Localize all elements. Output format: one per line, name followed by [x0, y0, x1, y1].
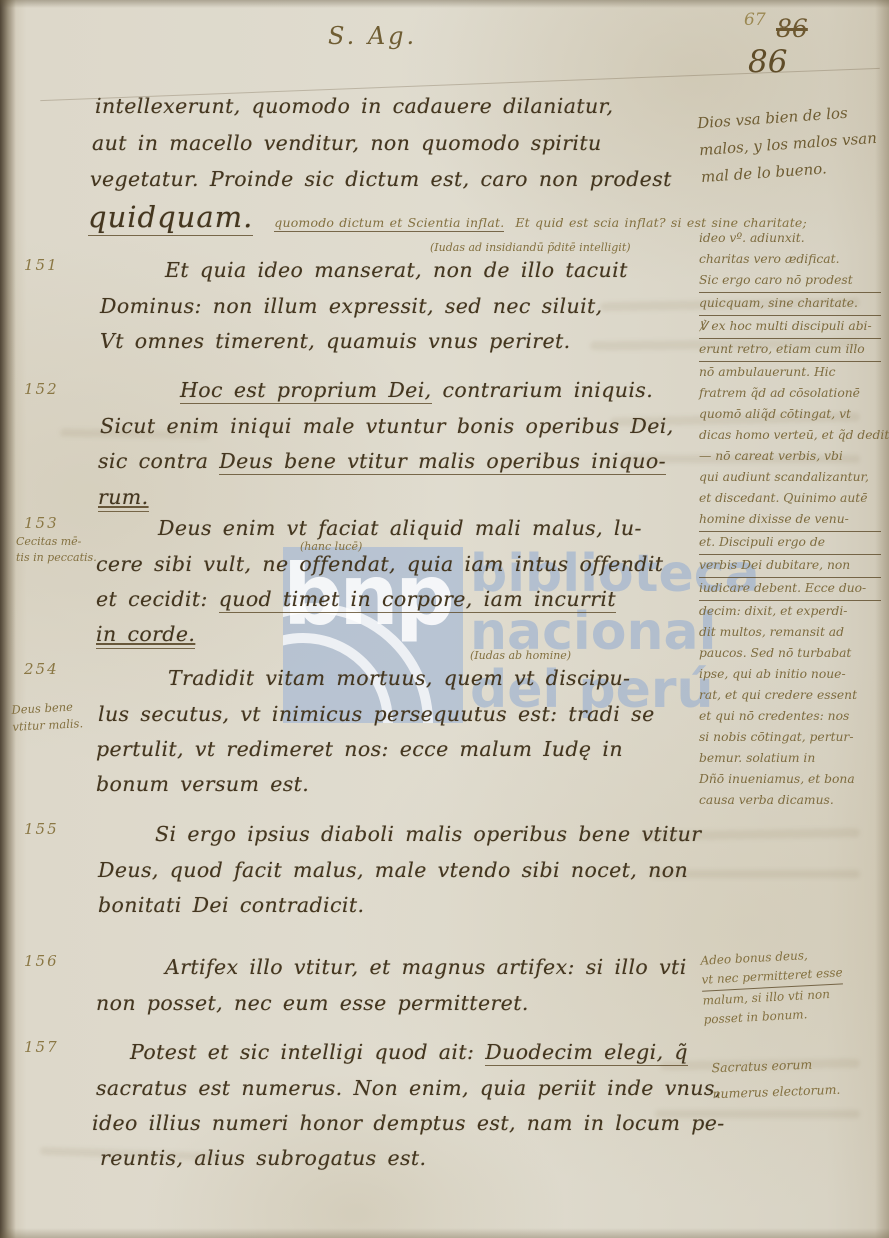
- left-margin-note: Deus bene vtitur malis.: [11, 698, 83, 736]
- text-line: et cecidit: quod timet in corpore, iam i…: [96, 587, 616, 611]
- text-line: in corde.: [96, 622, 195, 646]
- text-line: bonitati Dei contradicit.: [98, 893, 364, 917]
- catchword-flourish: quidquam.: [88, 200, 253, 236]
- text-line: Potest et sic intelligi quod ait: Duodec…: [130, 1040, 688, 1064]
- section-number: 254: [24, 660, 59, 678]
- text-line: sacratus est numerus. Non enim, quia per…: [96, 1076, 722, 1100]
- text-line: pertulit, vt redimeret nos: ecce malum I…: [96, 737, 623, 761]
- text-line: cere sibi vult, ne offendat, quia iam in…: [96, 552, 663, 576]
- section-number: 152: [24, 380, 59, 398]
- text-line: ideo illius numeri honor demptus est, na…: [92, 1111, 725, 1135]
- underlined-phrase: Duodecim elegi, q̃: [485, 1040, 688, 1066]
- text-line: Sicut enim iniqui male vtuntur bonis ope…: [100, 414, 674, 438]
- folio-number-old: 67: [744, 10, 766, 30]
- gloss-underlined: quomodo dictum et Scientia inflat.: [274, 215, 504, 232]
- section-number: 157: [24, 1038, 59, 1056]
- text-line: rum.: [98, 485, 149, 509]
- text-line: lus secutus, vt inimicus persequutus est…: [98, 702, 655, 726]
- text-line: sic contra Deus bene vtitur malis operib…: [98, 449, 666, 473]
- section-number: 155: [24, 820, 59, 838]
- folio-number-current: 86: [748, 44, 787, 80]
- text-line: Tradidit vitam mortuus, quem vt discipu-: [168, 666, 630, 690]
- manuscript-page: bnp biblioteca nacional del perú S. Ag. …: [0, 0, 889, 1238]
- right-margin-column: ideo vº. adiunxit. charitas vero ædifica…: [699, 228, 881, 811]
- right-margin-note: Adeo bonus deus, vt nec permitteret esse…: [700, 944, 845, 1029]
- text-line: vegetatur. Proinde sic dictum est, caro …: [90, 167, 672, 191]
- text-line: Deus, quod facit malus, male vtendo sibi…: [98, 858, 688, 882]
- text-line: Hoc est proprium Dei, contrarium iniquis…: [180, 378, 653, 402]
- right-margin-note: Sacratus eorum numerus electorum.: [711, 1051, 841, 1107]
- text-line: Artifex illo vtitur, et magnus artifex: …: [165, 955, 687, 979]
- underlined-phrase: Hoc est proprium Dei,: [180, 378, 432, 404]
- section-number: 151: [24, 256, 59, 274]
- section-number: 153: [24, 514, 59, 532]
- text-line: Et quia ideo manserat, non de illo tacui…: [165, 258, 628, 282]
- text-line: Deus enim vt faciat aliquid mali malus, …: [158, 516, 642, 540]
- underlined-phrase: rum.: [98, 485, 149, 512]
- underlined-phrase: quod timet in corpore, iam incurrit: [219, 587, 616, 613]
- spanish-margin-note: Dios vsa bien de los malos, y los malos …: [696, 98, 879, 191]
- section-number: 156: [24, 952, 59, 970]
- interlinear-note: (Iudas ab homine): [470, 649, 571, 662]
- text-line: bonum versum est.: [96, 772, 309, 796]
- left-margin-note: Cecitas mē- tis in peccatis.: [16, 534, 97, 566]
- underlined-phrase: Deus bene vtitur malis operibus iniquo-: [219, 449, 666, 475]
- text-line: Si ergo ipsius diaboli malis operibus be…: [155, 822, 701, 846]
- interlinear-note: (Iudas ad insidiandū p̃ditē intelligit): [430, 241, 631, 254]
- underlined-phrase: in corde.: [96, 622, 195, 649]
- text-line: reuntis, alius subrogatus est.: [100, 1146, 426, 1170]
- text-line: intellexerunt, quomodo in cadauere dilan…: [95, 94, 613, 118]
- text-line: Dominus: non illum expressit, sed nec si…: [100, 294, 603, 318]
- text-line: non posset, nec eum esse permitteret.: [96, 991, 529, 1015]
- folio-number-struck: 86: [776, 14, 808, 43]
- header-title: S. Ag.: [328, 22, 417, 50]
- text-line: Vt omnes timerent, quamuis vnus periret.: [100, 329, 571, 353]
- text-line: aut in macello venditur, non quomodo spi…: [92, 131, 602, 155]
